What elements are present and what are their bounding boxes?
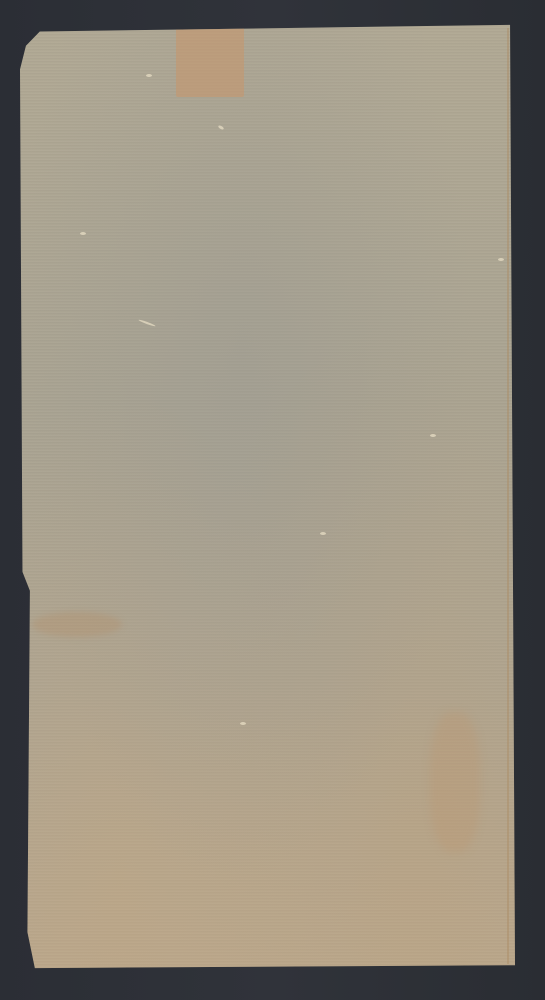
paper-fleck — [320, 532, 326, 535]
lower-right-stain — [430, 712, 480, 852]
blank-paper-page — [20, 22, 515, 970]
page-edge-fold — [507, 28, 509, 964]
paper-fleck — [80, 232, 86, 235]
paper-fleck — [240, 722, 246, 725]
paper-fleck — [218, 125, 225, 131]
paper-fleck — [146, 74, 152, 77]
paper-fleck — [138, 319, 156, 327]
left-margin-stain — [32, 612, 122, 637]
paper-fleck — [430, 434, 436, 437]
paper-fleck — [498, 258, 504, 261]
tape-stain — [176, 22, 244, 97]
